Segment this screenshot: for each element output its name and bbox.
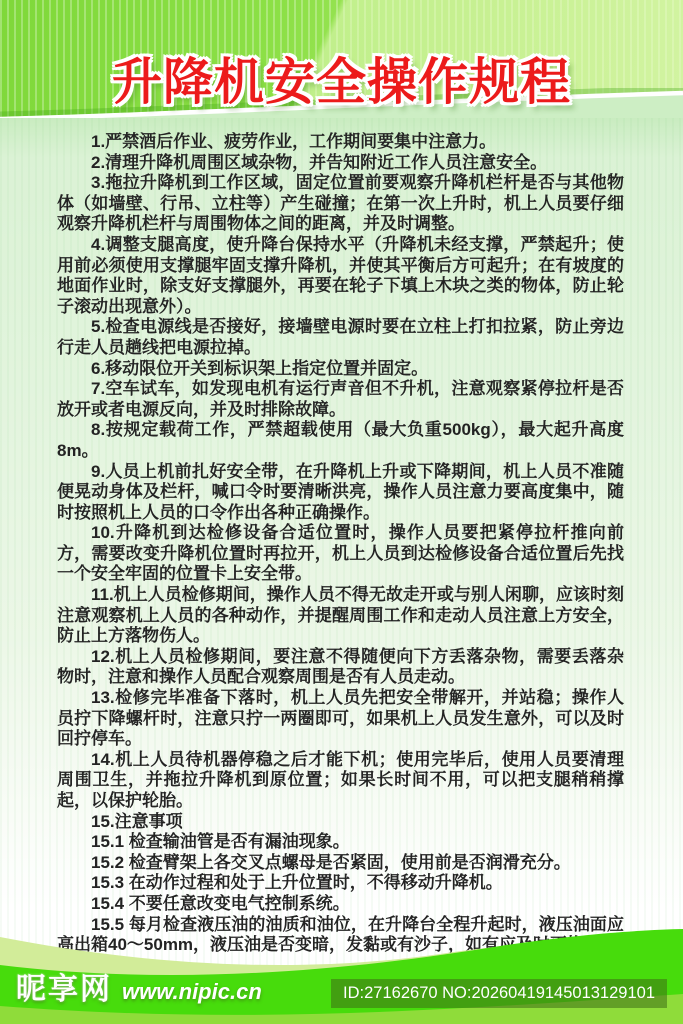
rule-paragraph-7: 7.空车试车，如发现电机有运行声音但不升机，注意观察紧停拉杆是否放开或者电源反向… xyxy=(57,379,624,420)
rule-paragraph-11: 11.机上人员检修期间，操作人员不得无故走开或与别人闲聊，应该时刻注意观察机上人… xyxy=(57,585,624,647)
rule-paragraph-13: 13.检修完毕准备下落时，机上人员先把安全带解开，并站稳；操作人员拧下降螺杆时，… xyxy=(57,688,624,750)
rule-paragraph-12: 12.机上人员检修期间，要注意不得随便向下方丢落杂物，需要丢落杂物时，注意和操作… xyxy=(57,647,624,688)
rule-paragraph-4: 4.调整支腿高度，使升降台保持水平（升降机未经支撑，严禁起升；使用前必须使用支撑… xyxy=(57,235,624,317)
rule-paragraph-10: 10.升降机到达检修设备合适位置时，操作人员要把紧停拉杆推向前方，需要改变升降机… xyxy=(57,523,624,585)
watermark: 昵享网 www.nipic.cn xyxy=(16,964,262,1008)
watermark-site-name: 昵享网 xyxy=(16,964,112,1008)
rule-paragraph-15-1: 15.1 检查输油管是否有漏油现象。 xyxy=(57,832,624,853)
image-id-badge: ID:27162670 NO:20260419145013129101 xyxy=(331,979,667,1008)
rule-paragraph-14: 14.机上人员待机器停稳之后才能下机；使用完毕后，使用人员要清理周围卫生，并拖拉… xyxy=(57,750,624,812)
watermark-site-url: www.nipic.cn xyxy=(122,979,262,1005)
rules-list: 1.严禁酒后作业、疲劳作业，工作期间要集中注意力。 2.清理升降机周围区域杂物，… xyxy=(0,132,683,956)
rule-paragraph-5: 5.检查电源线是否接好，接墙壁电源时要在立柱上打扣拉紧，防止旁边行走人员趟线把电… xyxy=(57,317,624,358)
rule-paragraph-1: 1.严禁酒后作业、疲劳作业，工作期间要集中注意力。 xyxy=(57,132,624,153)
rule-paragraph-8: 8.按规定载荷工作，严禁超载使用（最大负重500kg），最大起升高度8m。 xyxy=(57,420,624,461)
rule-paragraph-3: 3.拖拉升降机到工作区域，固定位置前要观察升降机栏杆是否与其他物体（如墙壁、行吊… xyxy=(57,173,624,235)
header-banner: 升降机安全操作规程 xyxy=(0,0,683,124)
rule-paragraph-9: 9.人员上机前扎好安全带，在升降机上升或下降期间，机上人员不准随便晃动身体及栏杆… xyxy=(57,462,624,524)
safety-poster: 升降机安全操作规程 1.严禁酒后作业、疲劳作业，工作期间要集中注意力。 2.清理… xyxy=(0,0,683,1024)
rule-paragraph-15-heading: 15.注意事项 xyxy=(57,812,624,833)
rule-paragraph-2: 2.清理升降机周围区域杂物，并告知附近工作人员注意安全。 xyxy=(57,153,624,174)
poster-title: 升降机安全操作规程 xyxy=(0,42,683,114)
rule-paragraph-6: 6.移动限位开关到标识架上指定位置并固定。 xyxy=(57,359,624,380)
